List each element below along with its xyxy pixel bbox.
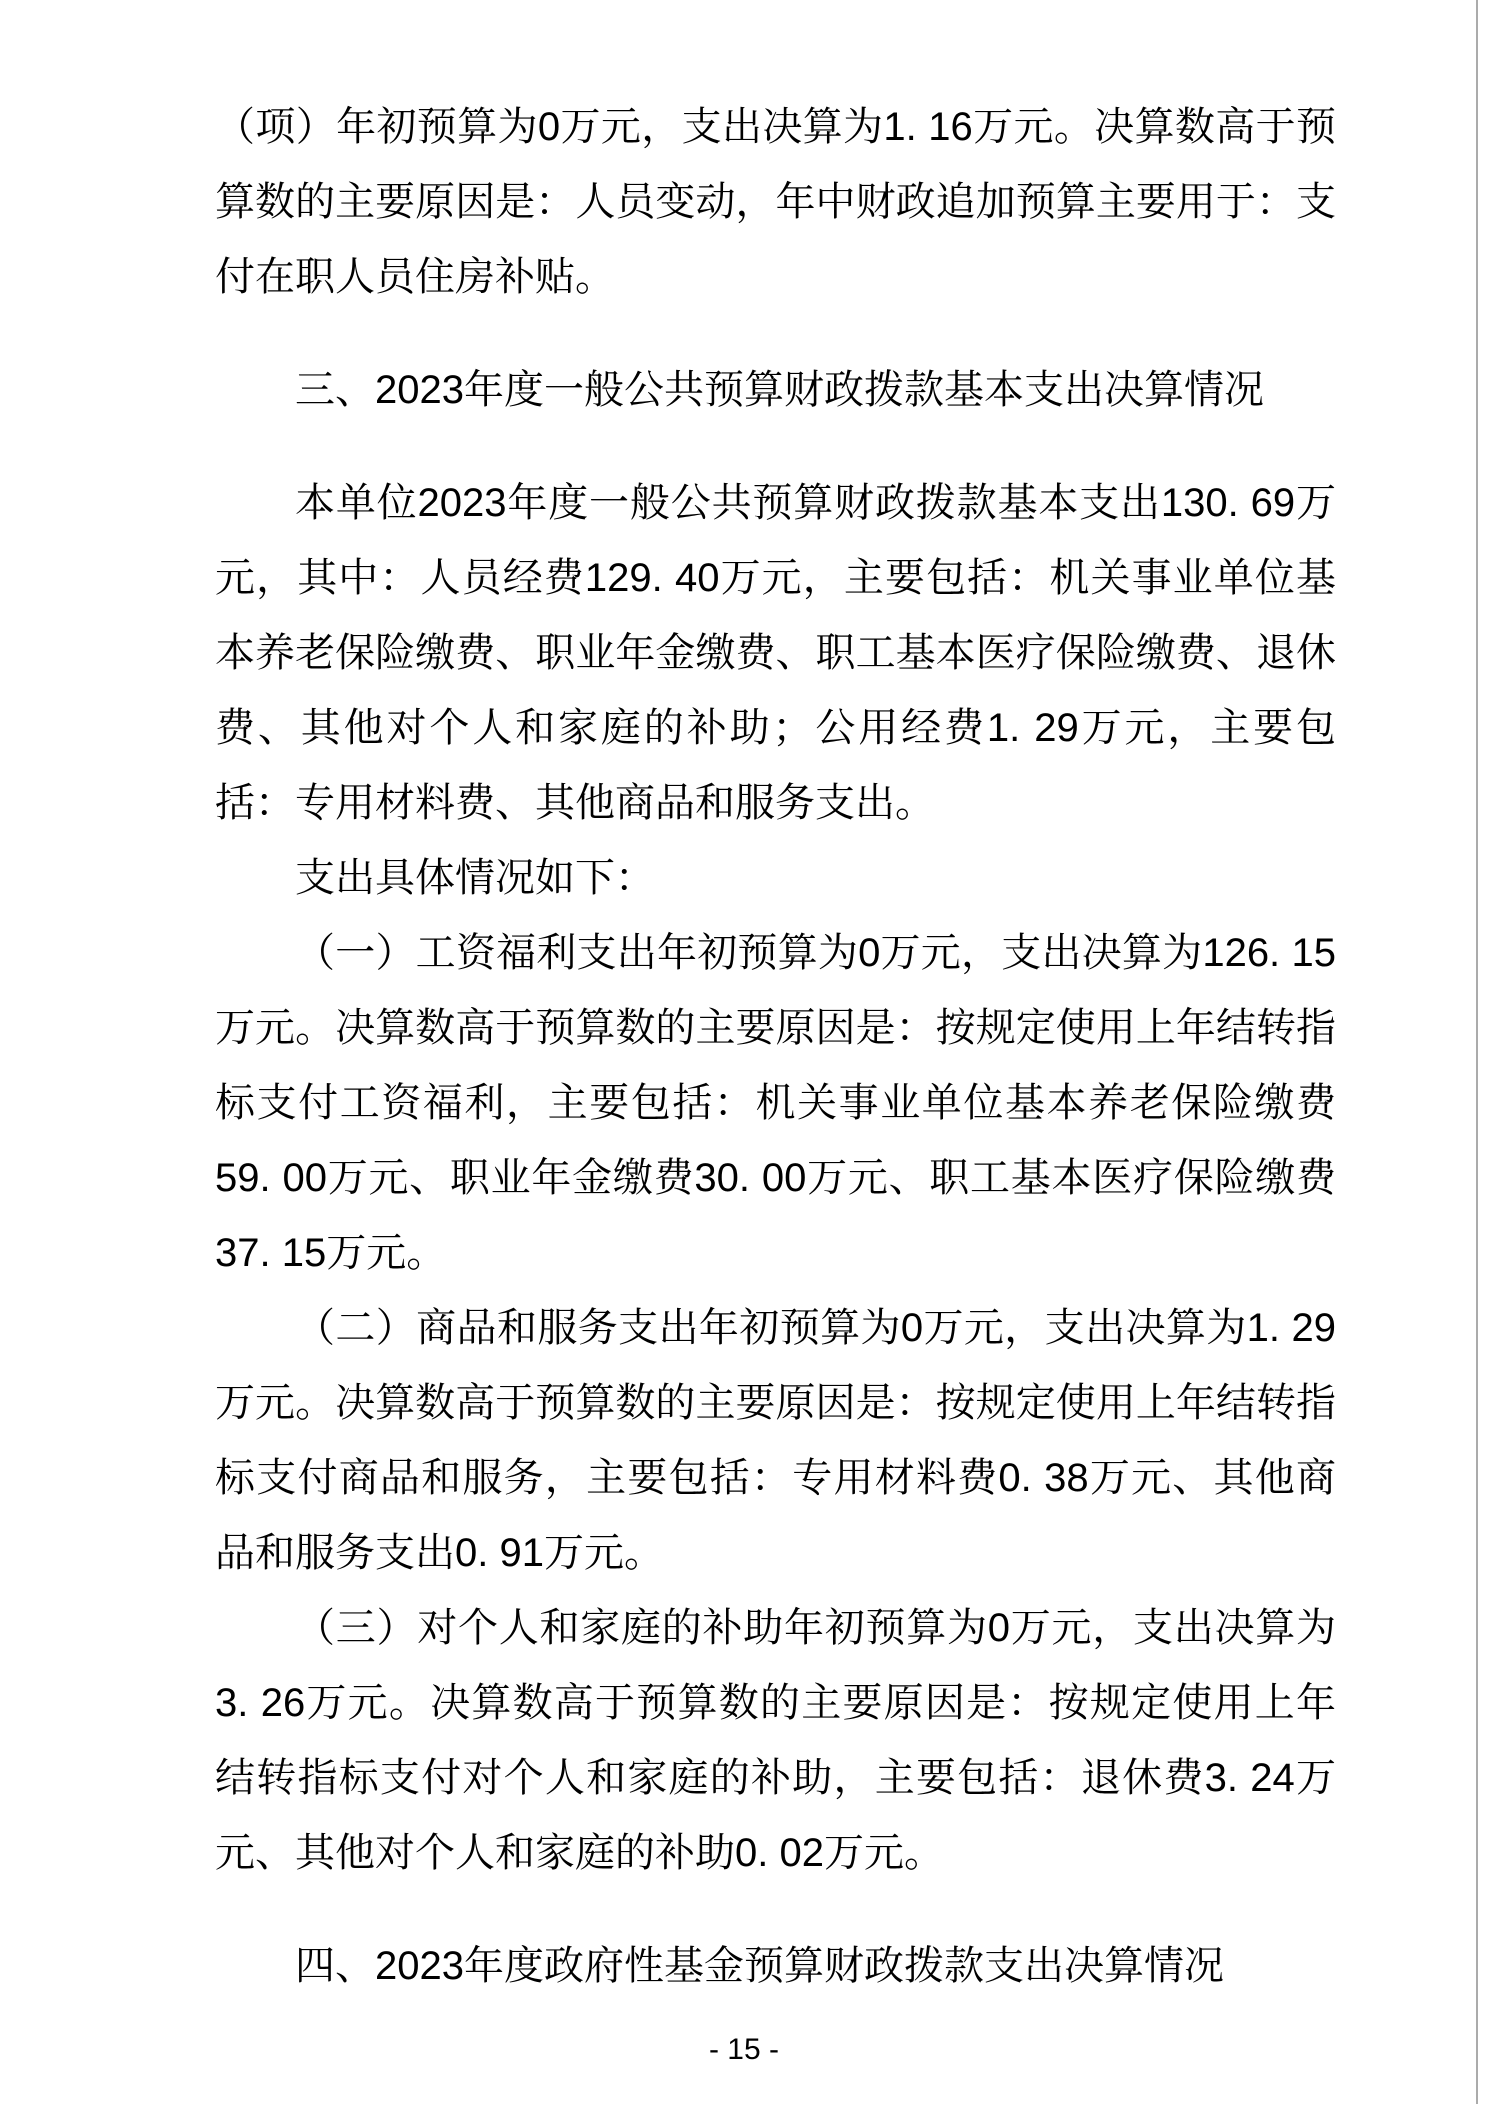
document-body: （项）年初预算为0万元，支出决算为1. 16万元。决算数高于预算数的主要原因是：… bbox=[215, 90, 1336, 2004]
page-number: - 15 - bbox=[0, 2030, 1488, 2070]
section-heading-4-government-fund: 四、2023年度政府性基金预算财政拨款支出决算情况 bbox=[215, 1929, 1336, 2004]
paragraph-expenditure-detail-intro: 支出具体情况如下： bbox=[215, 841, 1336, 916]
section-heading-3-basic-expenditure: 三、2023年度一般公共预算财政拨款基本支出决算情况 bbox=[215, 353, 1336, 428]
paragraph-item-1-salary-welfare: （一）工资福利支出年初预算为0万元，支出决算为126. 15万元。决算数高于预算… bbox=[215, 916, 1336, 1291]
paragraph-item-3-individual-family-subsidy: （三）对个人和家庭的补助年初预算为0万元，支出决算为3. 26万元。决算数高于预… bbox=[215, 1591, 1336, 1891]
page-edge-line bbox=[1476, 0, 1478, 2104]
paragraph-continuation-item-budget: （项）年初预算为0万元，支出决算为1. 16万元。决算数高于预算数的主要原因是：… bbox=[215, 90, 1336, 315]
paragraph-basic-expenditure-overview: 本单位2023年度一般公共预算财政拨款基本支出130. 69万元，其中：人员经费… bbox=[215, 466, 1336, 841]
document-page: （项）年初预算为0万元，支出决算为1. 16万元。决算数高于预算数的主要原因是：… bbox=[0, 0, 1488, 2104]
paragraph-item-2-goods-services: （二）商品和服务支出年初预算为0万元，支出决算为1. 29万元。决算数高于预算数… bbox=[215, 1291, 1336, 1591]
